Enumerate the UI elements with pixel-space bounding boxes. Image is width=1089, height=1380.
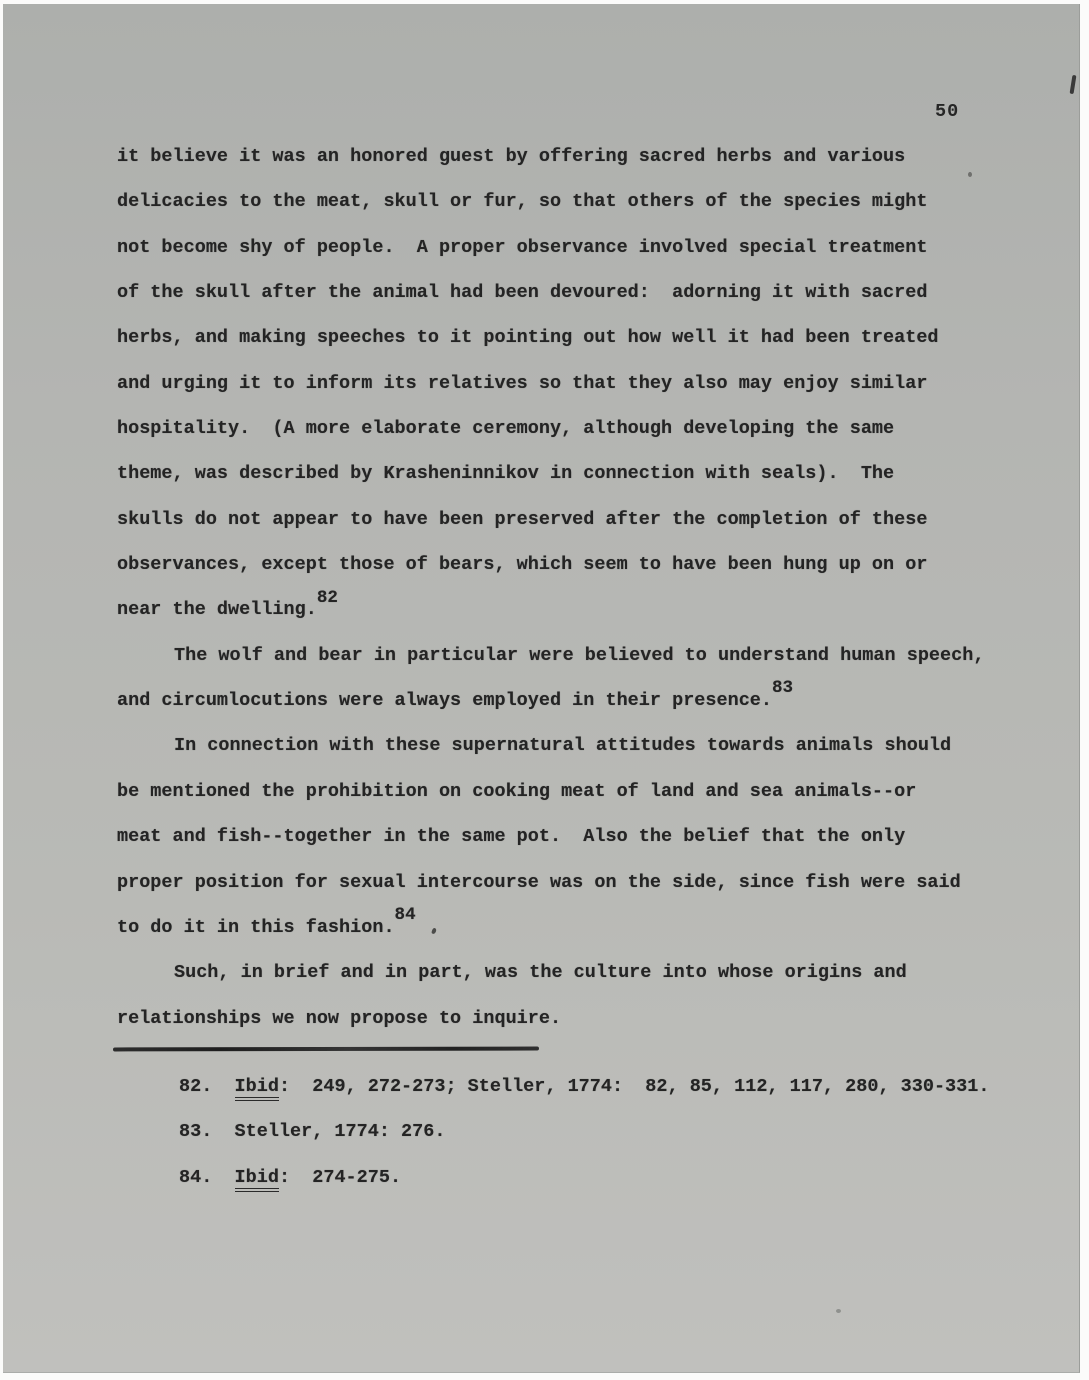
body-text: it believe it was an honored guest by of… [117,134,1052,1041]
body-line: theme, was described by Krasheninnikov i… [117,451,1052,496]
body-line: of the skull after the animal had been d… [117,270,1052,315]
body-line: be mentioned the prohibition on cooking … [117,769,1052,814]
footnote-ibid: Ibid [235,1076,279,1101]
footnote-line: 84. Ibid: 274-275. [117,1155,1057,1200]
paper: 50 it believe it was an honored guest by… [3,4,1080,1373]
body-line: The wolf and bear in particular were bel… [117,633,1052,678]
footnote-text: 82. [179,1076,235,1097]
body-line: hospitality. (A more elaborate ceremony,… [117,406,1052,451]
footnote-ibid: Ibid [235,1167,279,1192]
body-line: proper position for sexual intercourse w… [117,860,1052,905]
scanned-page: 50 it believe it was an honored guest by… [0,0,1089,1380]
body-line: skulls do not appear to have been preser… [117,497,1052,542]
footnote-text: : 274-275. [279,1167,401,1188]
body-line: not become shy of people. A proper obser… [117,225,1052,270]
footnote-ref: 84 [395,905,416,925]
body-line: observances, except those of bears, whic… [117,542,1052,587]
footnote-text: 84. [179,1167,235,1188]
body-line: relationships we now propose to inquire. [117,996,1052,1041]
body-line: it believe it was an honored guest by of… [117,134,1052,179]
scan-speck [968,172,972,177]
footnote-separator [113,1047,539,1052]
page-number: 50 [935,101,959,122]
footnote-text: 83. Steller, 1774: 276. [179,1121,445,1142]
body-line: and circumlocutions were always employed… [117,678,1052,723]
body-line: near the dwelling.82 [117,587,1052,632]
footnote-text: : 249, 272-273; Steller, 1774: 82, 85, 1… [279,1076,990,1097]
footnotes: 82. Ibid: 249, 272-273; Steller, 1774: 8… [117,1064,1057,1200]
body-line: and urging it to inform its relatives so… [117,361,1052,406]
body-line: Such, in brief and in part, was the cult… [117,950,1052,995]
body-line: to do it in this fashion.84 [117,905,1052,950]
body-line: meat and fish--together in the same pot.… [117,814,1052,859]
body-line: herbs, and making speeches to it pointin… [117,315,1052,360]
footnote-ref: 83 [772,678,793,698]
footnote-line: 83. Steller, 1774: 276. [117,1109,1057,1154]
body-line: In connection with these supernatural at… [117,723,1052,768]
scan-speck [836,1309,841,1313]
footnote-ref: 82 [317,588,338,608]
body-line: delicacies to the meat, skull or fur, so… [117,179,1052,224]
footnote-line: 82. Ibid: 249, 272-273; Steller, 1774: 8… [117,1064,1057,1109]
